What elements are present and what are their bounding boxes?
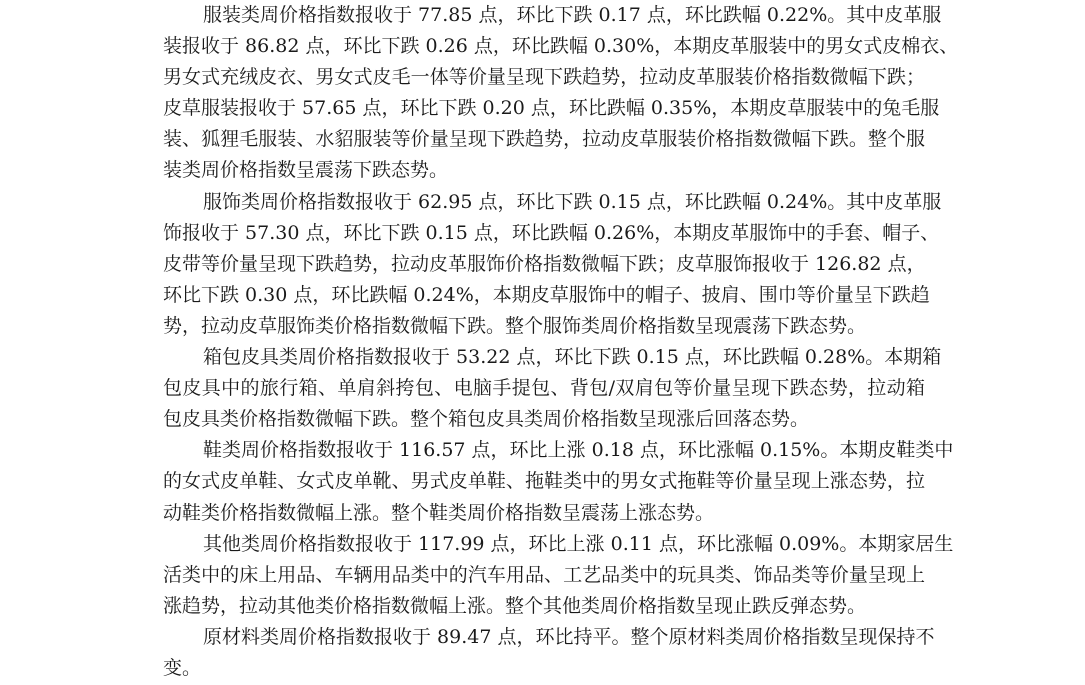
text-line: 装、狐狸毛服装、水貂服装等价量呈现下跌趋势，拉动皮草服装价格指数微幅下跌。整个服 — [163, 124, 925, 155]
text-line: 活类中的床上用品、车辆用品类中的汽车用品、工艺品类中的玩具类、饰品类等价量呈现上 — [163, 560, 925, 591]
paragraph-bags-leather-goods: 箱包皮具类周价格指数报收于 53.22 点，环比下跌 0.15 点，环比跌幅 0… — [163, 342, 925, 435]
text-line: 涨趋势，拉动其他类价格指数微幅上涨。整个其他类周价格指数呈现止跌反弹态势。 — [163, 591, 925, 622]
paragraph-others: 其他类周价格指数报收于 117.99 点，环比上涨 0.11 点，环比涨幅 0.… — [163, 529, 925, 622]
text-line: 动鞋类价格指数微幅上涨。整个鞋类周价格指数呈震荡上涨态势。 — [163, 498, 925, 529]
text-line: 环比下跌 0.30 点，环比跌幅 0.24%，本期皮草服饰中的帽子、披肩、围巾等… — [163, 280, 925, 311]
text-line: 饰报收于 57.30 点，环比下跌 0.15 点，环比跌幅 0.26%，本期皮革… — [163, 218, 925, 249]
document-body: 服装类周价格指数报收于 77.85 点，环比下跌 0.17 点，环比跌幅 0.2… — [163, 0, 925, 684]
text-line: 装类周价格指数呈震荡下跌态势。 — [163, 155, 925, 186]
text-line: 装报收于 86.82 点，环比下跌 0.26 点，环比跌幅 0.30%，本期皮革… — [163, 31, 925, 62]
text-line: 势，拉动皮草服饰类价格指数微幅下跌。整个服饰类周价格指数呈现震荡下跌态势。 — [163, 311, 925, 342]
paragraph-clothing: 服装类周价格指数报收于 77.85 点，环比下跌 0.17 点，环比跌幅 0.2… — [163, 0, 925, 187]
text-line: 皮草服装报收于 57.65 点，环比下跌 0.20 点，环比跌幅 0.35%，本… — [163, 93, 925, 124]
text-line: 的女式皮单鞋、女式皮单靴、男式皮单鞋、拖鞋类中的男女式拖鞋等价量呈现上涨态势，拉 — [163, 466, 925, 497]
text-line: 其他类周价格指数报收于 117.99 点，环比上涨 0.11 点，环比涨幅 0.… — [163, 529, 925, 560]
text-line: 服饰类周价格指数报收于 62.95 点，环比下跌 0.15 点，环比跌幅 0.2… — [163, 187, 925, 218]
text-line: 鞋类周价格指数报收于 116.57 点，环比上涨 0.18 点，环比涨幅 0.1… — [163, 435, 925, 466]
paragraph-shoes: 鞋类周价格指数报收于 116.57 点，环比上涨 0.18 点，环比涨幅 0.1… — [163, 435, 925, 528]
text-line: 箱包皮具类周价格指数报收于 53.22 点，环比下跌 0.15 点，环比跌幅 0… — [163, 342, 925, 373]
paragraph-raw-materials: 原材料类周价格指数报收于 89.47 点，环比持平。整个原材料类周价格指数呈现保… — [163, 622, 925, 684]
text-line: 包皮具类价格指数微幅下跌。整个箱包皮具类周价格指数呈现涨后回落态势。 — [163, 404, 925, 435]
text-line: 变。 — [163, 653, 925, 684]
text-line: 男女式充绒皮衣、男女式皮毛一体等价量呈现下跌趋势，拉动皮革服装价格指数微幅下跌； — [163, 62, 925, 93]
text-line: 服装类周价格指数报收于 77.85 点，环比下跌 0.17 点，环比跌幅 0.2… — [163, 0, 925, 31]
text-line: 包皮具中的旅行箱、单肩斜挎包、电脑手提包、背包/双肩包等价量呈现下跌态势，拉动箱 — [163, 373, 925, 404]
text-line: 皮带等价量呈现下跌趋势，拉动皮革服饰价格指数微幅下跌；皮草服饰报收于 126.8… — [163, 249, 925, 280]
text-line: 原材料类周价格指数报收于 89.47 点，环比持平。整个原材料类周价格指数呈现保… — [163, 622, 925, 653]
paragraph-accessories: 服饰类周价格指数报收于 62.95 点，环比下跌 0.15 点，环比跌幅 0.2… — [163, 187, 925, 342]
